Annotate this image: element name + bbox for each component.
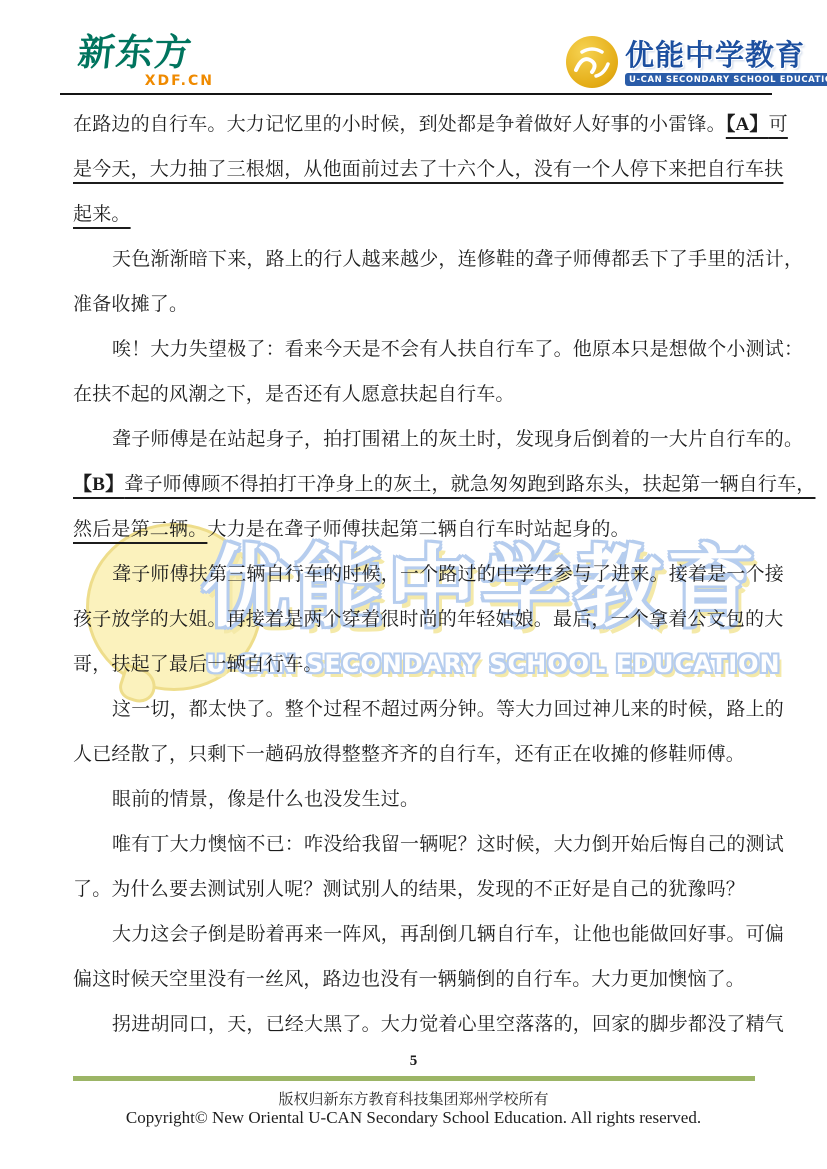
underlined-text: 聋子师傅顾不得拍打干净身上的灰土，就急匆匆跑到路东头，扶起第一辆自行车， <box>124 474 815 495</box>
text-segment: 唉！大力失望极了：看来今天是不会有人扶自行车了。他原本只是想做个小测试： <box>112 339 803 360</box>
text-segment: 人已经散了，只剩下一趟码放得整整齐齐的自行车，还有正在收摊的修鞋师傅。 <box>73 744 745 765</box>
passage-line: 唉！大力失望极了：看来今天是不会有人扶自行车了。他原本只是想做个小测试： <box>73 327 761 372</box>
underlined-text: 起来。 <box>73 204 131 225</box>
passage-line: 是今天，大力抽了三根烟，从他面前过去了十六个人，没有一个人停下来把自行车扶 <box>73 147 761 192</box>
passage-line: 这一切，都太快了。整个过程不超过两分钟。等大力回过神儿来的时候，路上的 <box>73 687 761 732</box>
text-segment: 眼前的情景，像是什么也没发生过。 <box>112 789 419 810</box>
copyright-zh: 版权归新东方教育科技集团郑州学校所有 <box>0 1088 827 1109</box>
passage-line: 孩子放学的大姐。再接着是两个穿着很时尚的年轻姑娘。最后，一个拿着公文包的大 <box>73 597 761 642</box>
passage-line: 然后是第二辆。大力是在聋子师傅扶起第二辆自行车时站起身的。 <box>73 507 761 552</box>
passage-line: 偏这时候天空里没有一丝风，路边也没有一辆躺倒的自行车。大力更加懊恼了。 <box>73 957 761 1002</box>
underlined-text: 可 <box>769 114 788 135</box>
underlined-text: 是今天，大力抽了三根烟，从他面前过去了十六个人，没有一个人停下来把自行车扶 <box>73 159 783 180</box>
xdf-logo: 新东方 XDF.CN <box>78 34 218 89</box>
footer-divider <box>73 1076 755 1081</box>
passage-line: 准备收摊了。 <box>73 282 761 327</box>
xdf-logo-domain: XDF.CN <box>78 73 218 89</box>
passage-line: 聋子师傅扶第三辆自行车的时候，一个路过的中学生参与了进来。接着是一个接 <box>73 552 761 597</box>
ucan-badge-icon <box>566 36 618 88</box>
text-segment: 天色渐渐暗下来，路上的行人越来越少，连修鞋的聋子师傅都丢下了手里的活计， <box>112 249 803 270</box>
passage-line: 眼前的情景，像是什么也没发生过。 <box>73 777 761 822</box>
passage-line: 聋子师傅是在站起身子，拍打围裙上的灰土时，发现身后倒着的一大片自行车的。 <box>73 417 761 462</box>
text-segment: 在扶不起的风潮之下，是否还有人愿意扶起自行车。 <box>73 384 515 405</box>
text-segment: 了。为什么要去测试别人呢？测试别人的结果，发现的不正好是自己的犹豫吗？ <box>73 879 745 900</box>
copyright-en: Copyright© New Oriental U-CAN Secondary … <box>0 1108 827 1128</box>
underlined-text: 然后是第二辆。 <box>73 519 207 540</box>
text-segment: 大力这会子倒是盼着再来一阵风，再刮倒几辆自行车，让他也能做回好事。可偏 <box>112 924 784 945</box>
passage-line: 人已经散了，只剩下一趟码放得整整齐齐的自行车，还有正在收摊的修鞋师傅。 <box>73 732 761 777</box>
underlined-text: 【B】 <box>73 474 124 495</box>
text-segment: 这一切，都太快了。整个过程不超过两分钟。等大力回过神儿来的时候，路上的 <box>112 699 784 720</box>
text-segment: 聋子师傅扶第三辆自行车的时候，一个路过的中学生参与了进来。接着是一个接 <box>112 564 784 585</box>
passage-line: 大力这会子倒是盼着再来一阵风，再刮倒几辆自行车，让他也能做回好事。可偏 <box>73 912 761 957</box>
underlined-text: 【A】 <box>726 114 769 135</box>
passage-line: 天色渐渐暗下来，路上的行人越来越少，连修鞋的聋子师傅都丢下了手里的活计， <box>73 237 761 282</box>
text-segment: 偏这时候天空里没有一丝风，路边也没有一辆躺倒的自行车。大力更加懊恼了。 <box>73 969 745 990</box>
text-segment: 聋子师傅是在站起身子，拍打围裙上的灰土时，发现身后倒着的一大片自行车的。 <box>112 429 803 450</box>
passage-line: 了。为什么要去测试别人呢？测试别人的结果，发现的不正好是自己的犹豫吗？ <box>73 867 761 912</box>
passage-line: 唯有丁大力懊恼不已：咋没给我留一辆呢？这时候，大力倒开始后悔自己的测试 <box>73 822 761 867</box>
passage-line: 拐进胡同口，天，已经大黑了。大力觉着心里空落落的，回家的脚步都没了精气 <box>73 1002 761 1047</box>
xdf-logo-text: 新东方 <box>76 34 220 72</box>
text-segment: 拐进胡同口，天，已经大黑了。大力觉着心里空落落的，回家的脚步都没了精气 <box>112 1014 784 1035</box>
text-segment: 准备收摊了。 <box>73 294 188 315</box>
text-segment: 哥，扶起了最后一辆自行车。 <box>73 654 323 675</box>
header-divider <box>60 93 772 95</box>
passage: 在路边的自行车。大力记忆里的小时候，到处都是争着做好人好事的小雷锋。【A】可是今… <box>73 102 761 1047</box>
text-segment: 唯有丁大力懊恼不已：咋没给我留一辆呢？这时候，大力倒开始后悔自己的测试 <box>112 834 784 855</box>
passage-line: 起来。 <box>73 192 761 237</box>
passage-line: 【B】聋子师傅顾不得拍打干净身上的灰土，就急匆匆跑到路东头，扶起第一辆自行车， <box>73 462 761 507</box>
ucan-logo-subtitle: U-CAN SECONDARY SCHOOL EDUCATION <box>625 73 827 86</box>
passage-line: 哥，扶起了最后一辆自行车。 <box>73 642 761 687</box>
passage-line: 在扶不起的风潮之下，是否还有人愿意扶起自行车。 <box>73 372 761 417</box>
text-segment: 大力是在聋子师傅扶起第二辆自行车时站起身的。 <box>207 519 629 540</box>
passage-line: 在路边的自行车。大力记忆里的小时候，到处都是争着做好人好事的小雷锋。【A】可 <box>73 102 761 147</box>
document-page: { "header": { "logo_left": { "name": "新东… <box>0 0 827 1169</box>
ucan-logo: 优能中学教育 U-CAN SECONDARY SCHOOL EDUCATION <box>566 36 827 88</box>
text-segment: 孩子放学的大姐。再接着是两个穿着很时尚的年轻姑娘。最后，一个拿着公文包的大 <box>73 609 783 630</box>
text-segment: 在路边的自行车。大力记忆里的小时候，到处都是争着做好人好事的小雷锋。 <box>73 114 726 135</box>
ucan-logo-title: 优能中学教育 <box>625 39 827 71</box>
page-number: 5 <box>0 1053 827 1070</box>
